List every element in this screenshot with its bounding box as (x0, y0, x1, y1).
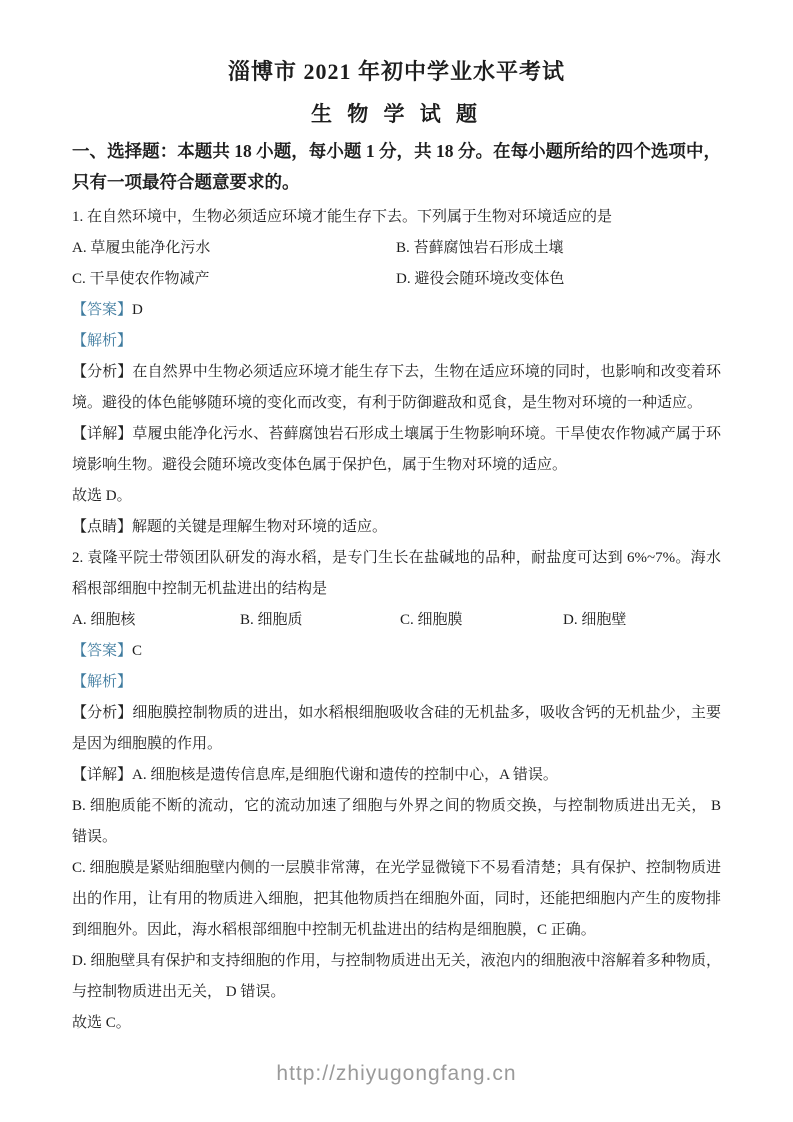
answer-label: 【答案】 (72, 643, 132, 659)
question-2: 2. 袁隆平院士带领团队研发的海水稻，是专门生长在盐碱地的品种，耐盐度可达到 6… (72, 543, 721, 1039)
q1-analysis-heading: 【解析】 (72, 326, 721, 357)
q2-option-a: A. 细胞核 (72, 605, 240, 636)
doc-header: 淄博市 2021 年初中学业水平考试 生 物 学 试 题 (0, 0, 793, 128)
q2-option-c: C. 细胞膜 (400, 605, 563, 636)
q1-options-row-1: A. 草履虫能净化污水 B. 苔藓腐蚀岩石形成土壤 (72, 233, 721, 264)
q2-analysis-heading: 【解析】 (72, 667, 721, 698)
q1-option-b: B. 苔藓腐蚀岩石形成土壤 (396, 233, 564, 264)
q2-detail-c: C. 细胞膜是紧贴细胞壁内侧的一层膜非常薄，在光学显微镜下不易看清楚；具有保护、… (72, 853, 721, 946)
q1-answer-line: 【答案】D (72, 295, 721, 326)
q1-option-a: A. 草履虫能净化污水 (72, 233, 396, 264)
q1-analysis-paragraph: 【分析】在自然界中生物必须适应环境才能生存下去，生物在适应环境的同时，也影响和改… (72, 357, 721, 419)
q1-stem: 1. 在自然环境中，生物必须适应环境才能生存下去。下列属于生物对环境适应的是 (72, 202, 721, 233)
exam-document-page: 淄博市 2021 年初中学业水平考试 生 物 学 试 题 一、选择题：本题共 1… (0, 0, 793, 1122)
q2-detail-b: B. 细胞质能不断的流动，它的流动加速了细胞与外界之间的物质交换，与控制物质进出… (72, 791, 721, 853)
q2-stem: 2. 袁隆平院士带领团队研发的海水稻，是专门生长在盐碱地的品种，耐盐度可达到 6… (72, 543, 721, 605)
question-1: 1. 在自然环境中，生物必须适应环境才能生存下去。下列属于生物对环境适应的是 A… (72, 202, 721, 543)
doc-title: 淄博市 2021 年初中学业水平考试 (0, 58, 793, 86)
q1-conclusion: 故选 D。 (72, 481, 721, 512)
q2-option-d: D. 细胞壁 (563, 605, 626, 636)
q2-detail-d: D. 细胞壁具有保护和支持细胞的作用，与控制物质进出无关，液泡内的细胞液中溶解着… (72, 946, 721, 1008)
q2-analysis-paragraph: 【分析】细胞膜控制物质的进出，如水稻根细胞吸收含硅的无机盐多，吸收含钙的无机盐少… (72, 698, 721, 760)
q1-option-d: D. 避役会随环境改变体色 (396, 264, 564, 295)
q2-answer-line: 【答案】C (72, 636, 721, 667)
q2-detail-a: 【详解】A. 细胞核是遗传信息库,是细胞代谢和遗传的控制中心，A 错误。 (72, 760, 721, 791)
q1-option-c: C. 干旱使农作物减产 (72, 264, 396, 295)
doc-body: 一、选择题：本题共 18 小题，每小题 1 分，共 18 分。在每小题所给的四个… (0, 128, 793, 1039)
analysis-label: 【解析】 (72, 674, 132, 690)
q2-option-b: B. 细胞质 (240, 605, 400, 636)
q2-conclusion: 故选 C。 (72, 1008, 721, 1039)
footer-watermark: http://zhiyugongfang.cn (0, 1062, 793, 1086)
watermark-url: http://zhiyugongfang.cn (276, 1062, 516, 1085)
q1-detail-paragraph: 【详解】草履虫能净化污水、苔藓腐蚀岩石形成土壤属于生物影响环境。干旱使农作物减产… (72, 419, 721, 481)
doc-subtitle: 生 物 学 试 题 (0, 100, 793, 128)
section-heading: 一、选择题：本题共 18 小题，每小题 1 分，共 18 分。在每小题所给的四个… (72, 136, 721, 198)
answer-label: 【答案】 (72, 302, 132, 318)
analysis-label: 【解析】 (72, 333, 132, 349)
q2-options-row: A. 细胞核 B. 细胞质 C. 细胞膜 D. 细胞壁 (72, 605, 721, 636)
q1-tip-paragraph: 【点睛】解题的关键是理解生物对环境的适应。 (72, 512, 721, 543)
q1-options-row-2: C. 干旱使农作物减产 D. 避役会随环境改变体色 (72, 264, 721, 295)
q2-answer-value: C (132, 643, 142, 659)
q1-answer-value: D (132, 302, 143, 318)
